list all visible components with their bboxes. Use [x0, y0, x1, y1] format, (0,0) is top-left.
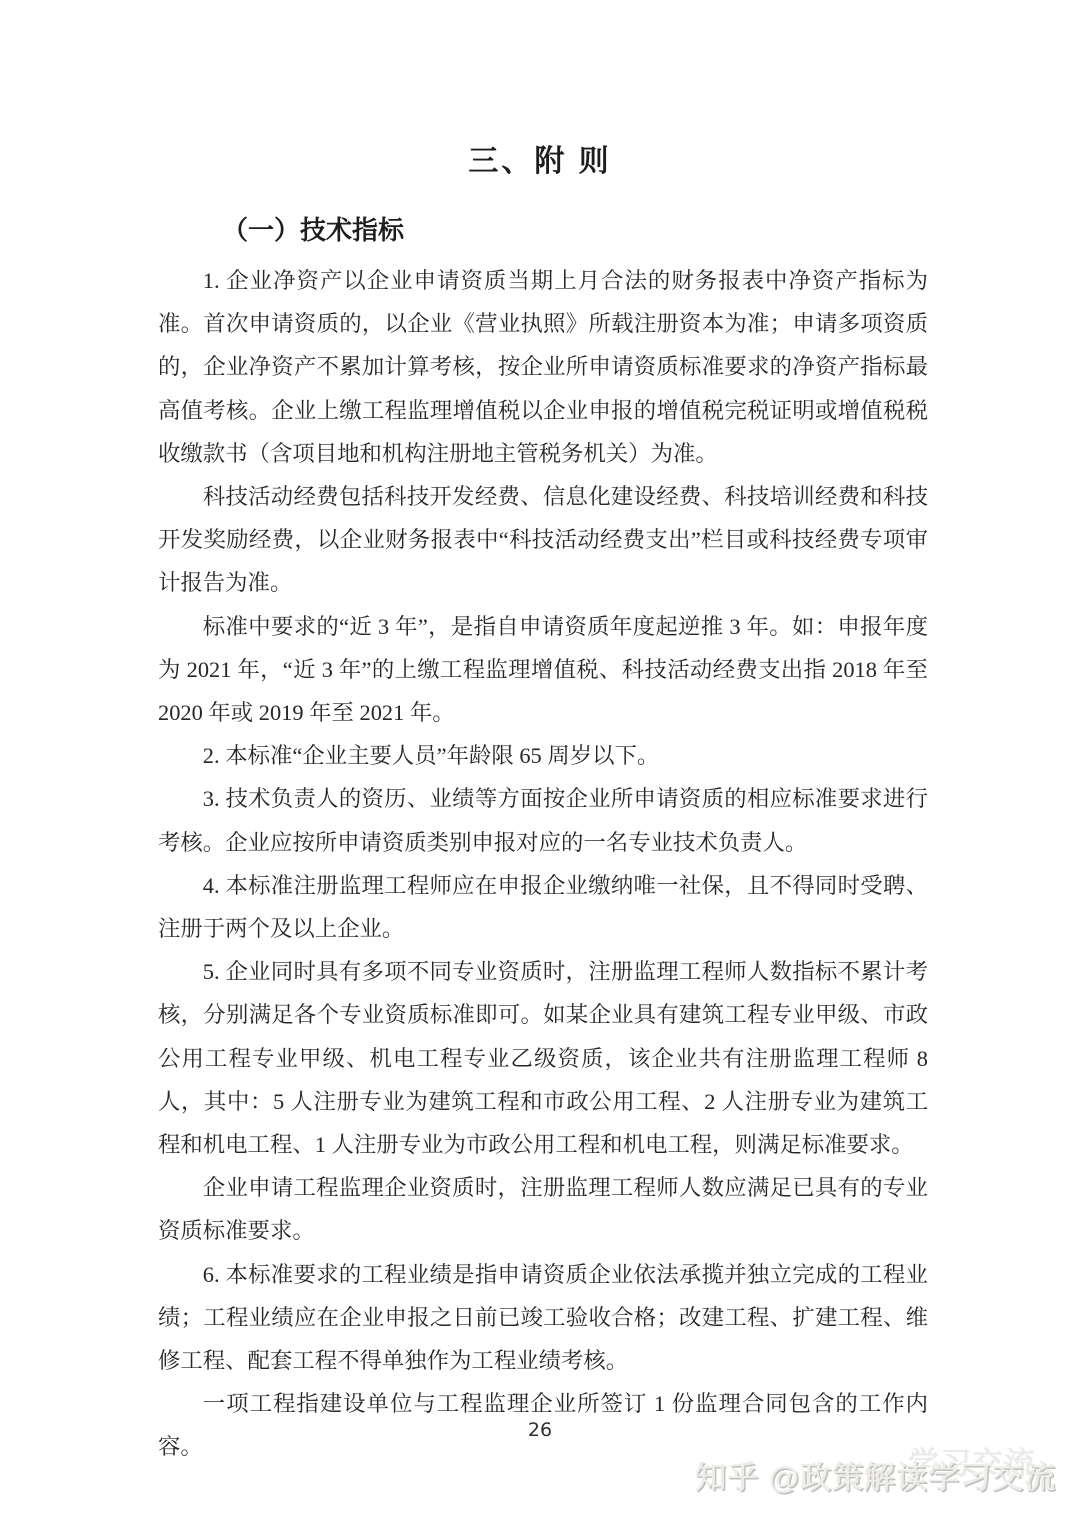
paragraph: 4. 本标准注册监理工程师应在申报企业缴纳唯一社保，且不得同时受聘、注册于两个及…	[158, 864, 928, 950]
paragraph: 2. 本标准“企业主要人员”年龄限 65 周岁以下。	[158, 734, 928, 777]
paragraph: 6. 本标准要求的工程业绩是指申请资质企业依法承揽并独立完成的工程业绩；工程业绩…	[158, 1253, 928, 1383]
paragraph: 3. 技术负责人的资历、业绩等方面按企业所申请资质的相应标准要求进行考核。企业应…	[158, 777, 928, 863]
section-heading: （一）技术指标	[0, 210, 1080, 247]
paragraph: 企业申请工程监理企业资质时，注册监理工程师人数应满足已具有的专业资质标准要求。	[158, 1166, 928, 1252]
paragraph: 5. 企业同时具有多项不同专业资质时，注册监理工程师人数指标不累计考核，分别满足…	[158, 950, 928, 1166]
document-title: 三、附 则	[0, 0, 1080, 180]
watermark: 知乎 @政策解读学习交流	[695, 1452, 1056, 1497]
paragraph: 1. 企业净资产以企业申请资质当期上月合法的财务报表中净资产指标为准。首次申请资…	[158, 259, 928, 475]
document-body: 1. 企业净资产以企业申请资质当期上月合法的财务报表中净资产指标为准。首次申请资…	[158, 259, 928, 1469]
paragraph: 科技活动经费包括科技开发经费、信息化建设经费、科技培训经费和科技开发奖励经费，以…	[158, 475, 928, 605]
paragraph: 标准中要求的“近 3 年”，是指自申请资质年度起逆推 3 年。如：申报年度为 2…	[158, 605, 928, 735]
document-page: 三、附 则 （一）技术指标 1. 企业净资产以企业申请资质当期上月合法的财务报表…	[0, 0, 1080, 1527]
